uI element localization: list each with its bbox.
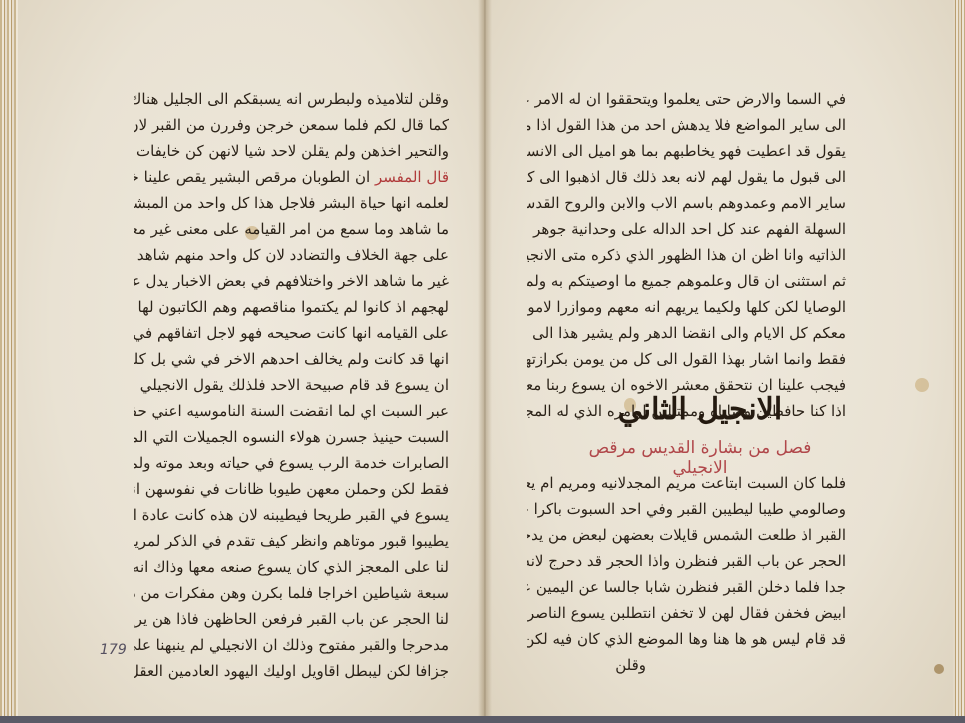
ink-stain: [934, 664, 944, 674]
text-line: قد قام ليس هو ها هنا وها الموضع الذي كان…: [527, 626, 846, 652]
text-line: فقط وانما اشار بهذا القول الى كل من يومن…: [527, 346, 846, 372]
text-line: جدا فلما دخلن القبر فنظرن شابا جالسا عن …: [527, 574, 846, 600]
text-line: انها قد كانت ولم يخالف احدهم الاخر في شي…: [134, 346, 449, 372]
text-line: مدحرجا والقبر مفتوح وذلك ان الانجيلي لم …: [134, 632, 449, 658]
text-line: يسوع في القبر طريحا فيطيبنه لان هذه كانت…: [134, 502, 449, 528]
text-line: السبت حينيذ جسرن هولاء النسوه الجميلات ا…: [134, 424, 449, 450]
text-line: لنا الحجر عن باب القبر فرفعن الحاظهن فاذ…: [134, 606, 449, 632]
text-line: عبر السبت اي لما انقضت السنة الناموسيه ا…: [134, 398, 449, 424]
text-line: في السما والارض حتى يعلموا ويتحققوا ان ل…: [527, 86, 846, 112]
text-line: السهلة الفهم عند كل احد الداله على وحدان…: [527, 216, 846, 242]
text-line: يطيبوا قبور موتاهم وانظر كيف تقدم في الذ…: [134, 528, 449, 554]
text-line: ساير الامم وعمدوهم باسم الاب والابن والر…: [527, 190, 846, 216]
text-line: والتحير اخذهن ولم يقلن لاحد شيا لانهن كن…: [134, 138, 449, 164]
text-line: لنا على المعجز الذي كان يسوع صنعه معها و…: [134, 554, 449, 580]
text-line: فلما كان السبت ابتاعت مريم المجدلانيه وم…: [527, 470, 846, 496]
catchword: وقلن: [527, 652, 846, 678]
text-line: الصابرات خدمة الرب يسوع في حياته وبعد مو…: [134, 450, 449, 476]
left-page-text: وقلن لتلاميذه ولبطرس انه يسبقكم الى الجل…: [134, 86, 449, 684]
text-line: كما قال لكم فلما سمعن خرجن وفررن من القب…: [134, 112, 449, 138]
text-line: الوصايا لكن كلها ولكيما يريهم انه معهم و…: [527, 294, 846, 320]
rubric-word: قال المفسر: [375, 168, 449, 186]
text-line: لعلمه انها حياة البشر فلاجل هذا كل واحد …: [134, 190, 449, 216]
right-page-text: في السما والارض حتى يعلموا ويتحققوا ان ل…: [527, 86, 846, 424]
section-heading: الانجيل الثاني: [600, 392, 800, 427]
text-line: على القيامه انها كانت صحيحه فهو لاجل اتف…: [134, 320, 449, 346]
text-line: القبر اذ طلعت الشمس قايلات بعضهن لبعض من…: [527, 522, 846, 548]
folio-number: 179: [100, 642, 127, 658]
text-line-rest: ان الطوبان مرقص البشير يقص علينا خبر الق…: [134, 168, 375, 186]
text-line: ان يسوع قد قام صبيحة الاحد فلذلك يقول ال…: [134, 372, 449, 398]
book-gutter: [478, 0, 492, 716]
text-line: غير ما شاهد الاخر واختلافهم في بعض الاخب…: [134, 268, 449, 294]
text-line: سبعة شياطين اخراجا فلما بكرن وهن مفكرات …: [134, 580, 449, 606]
right-page-section-text: فلما كان السبت ابتاعت مريم المجدلانيه وم…: [527, 470, 846, 678]
text-line: الى ساير المواضع فلا يدهش احد من هذا الق…: [527, 112, 846, 138]
text-line: الذاتيه وانا اظن ان هذا الظهور الذي ذكره…: [527, 242, 846, 268]
text-line: يقول قد اعطيت فهو يخاطبهم بما هو اميل ال…: [527, 138, 846, 164]
text-line: وقلن لتلاميذه ولبطرس انه يسبقكم الى الجل…: [134, 86, 449, 112]
open-manuscript: وقلن لتلاميذه ولبطرس انه يسبقكم الى الجل…: [0, 0, 965, 716]
text-line: فقط لكن وحملن معهن طيوبا ظانات في نفوسهن…: [134, 476, 449, 502]
text-line: وصالومي طيبا ليطيبن القبر وفي احد السبوت…: [527, 496, 846, 522]
text-line: الحجر عن باب القبر فنظرن واذا الحجر قد د…: [527, 548, 846, 574]
text-line: ثم استثنى ان قال وعلموهم جميع ما اوصيتكم…: [527, 268, 846, 294]
rubric-line: قال المفسر ان الطوبان مرقص البشير يقص عل…: [134, 164, 449, 190]
text-line: على جهة الخلاف والتضادد لان كل واحد منهم…: [134, 242, 449, 268]
text-line: ابيض فخفن فقال لهن لا تخفن انتطلبن يسوع …: [527, 600, 846, 626]
text-line: الى قبول ما يقول لهم لانه بعد ذلك قال اذ…: [527, 164, 846, 190]
right-page-edges: [953, 0, 965, 716]
text-line: معكم كل الايام والى انقضا الدهر ولم يشير…: [527, 320, 846, 346]
left-page-edges: [0, 0, 18, 716]
ink-stain: [915, 378, 929, 392]
text-line: ما شاهد وما سمع من امر القيامه على معنى …: [134, 216, 449, 242]
text-line: جزافا لكن ليبطل اقاويل اوليك اليهود العا…: [134, 658, 449, 684]
text-line: لهجهم اذ كانوا لم يكتموا مناقصهم وهم الك…: [134, 294, 449, 320]
